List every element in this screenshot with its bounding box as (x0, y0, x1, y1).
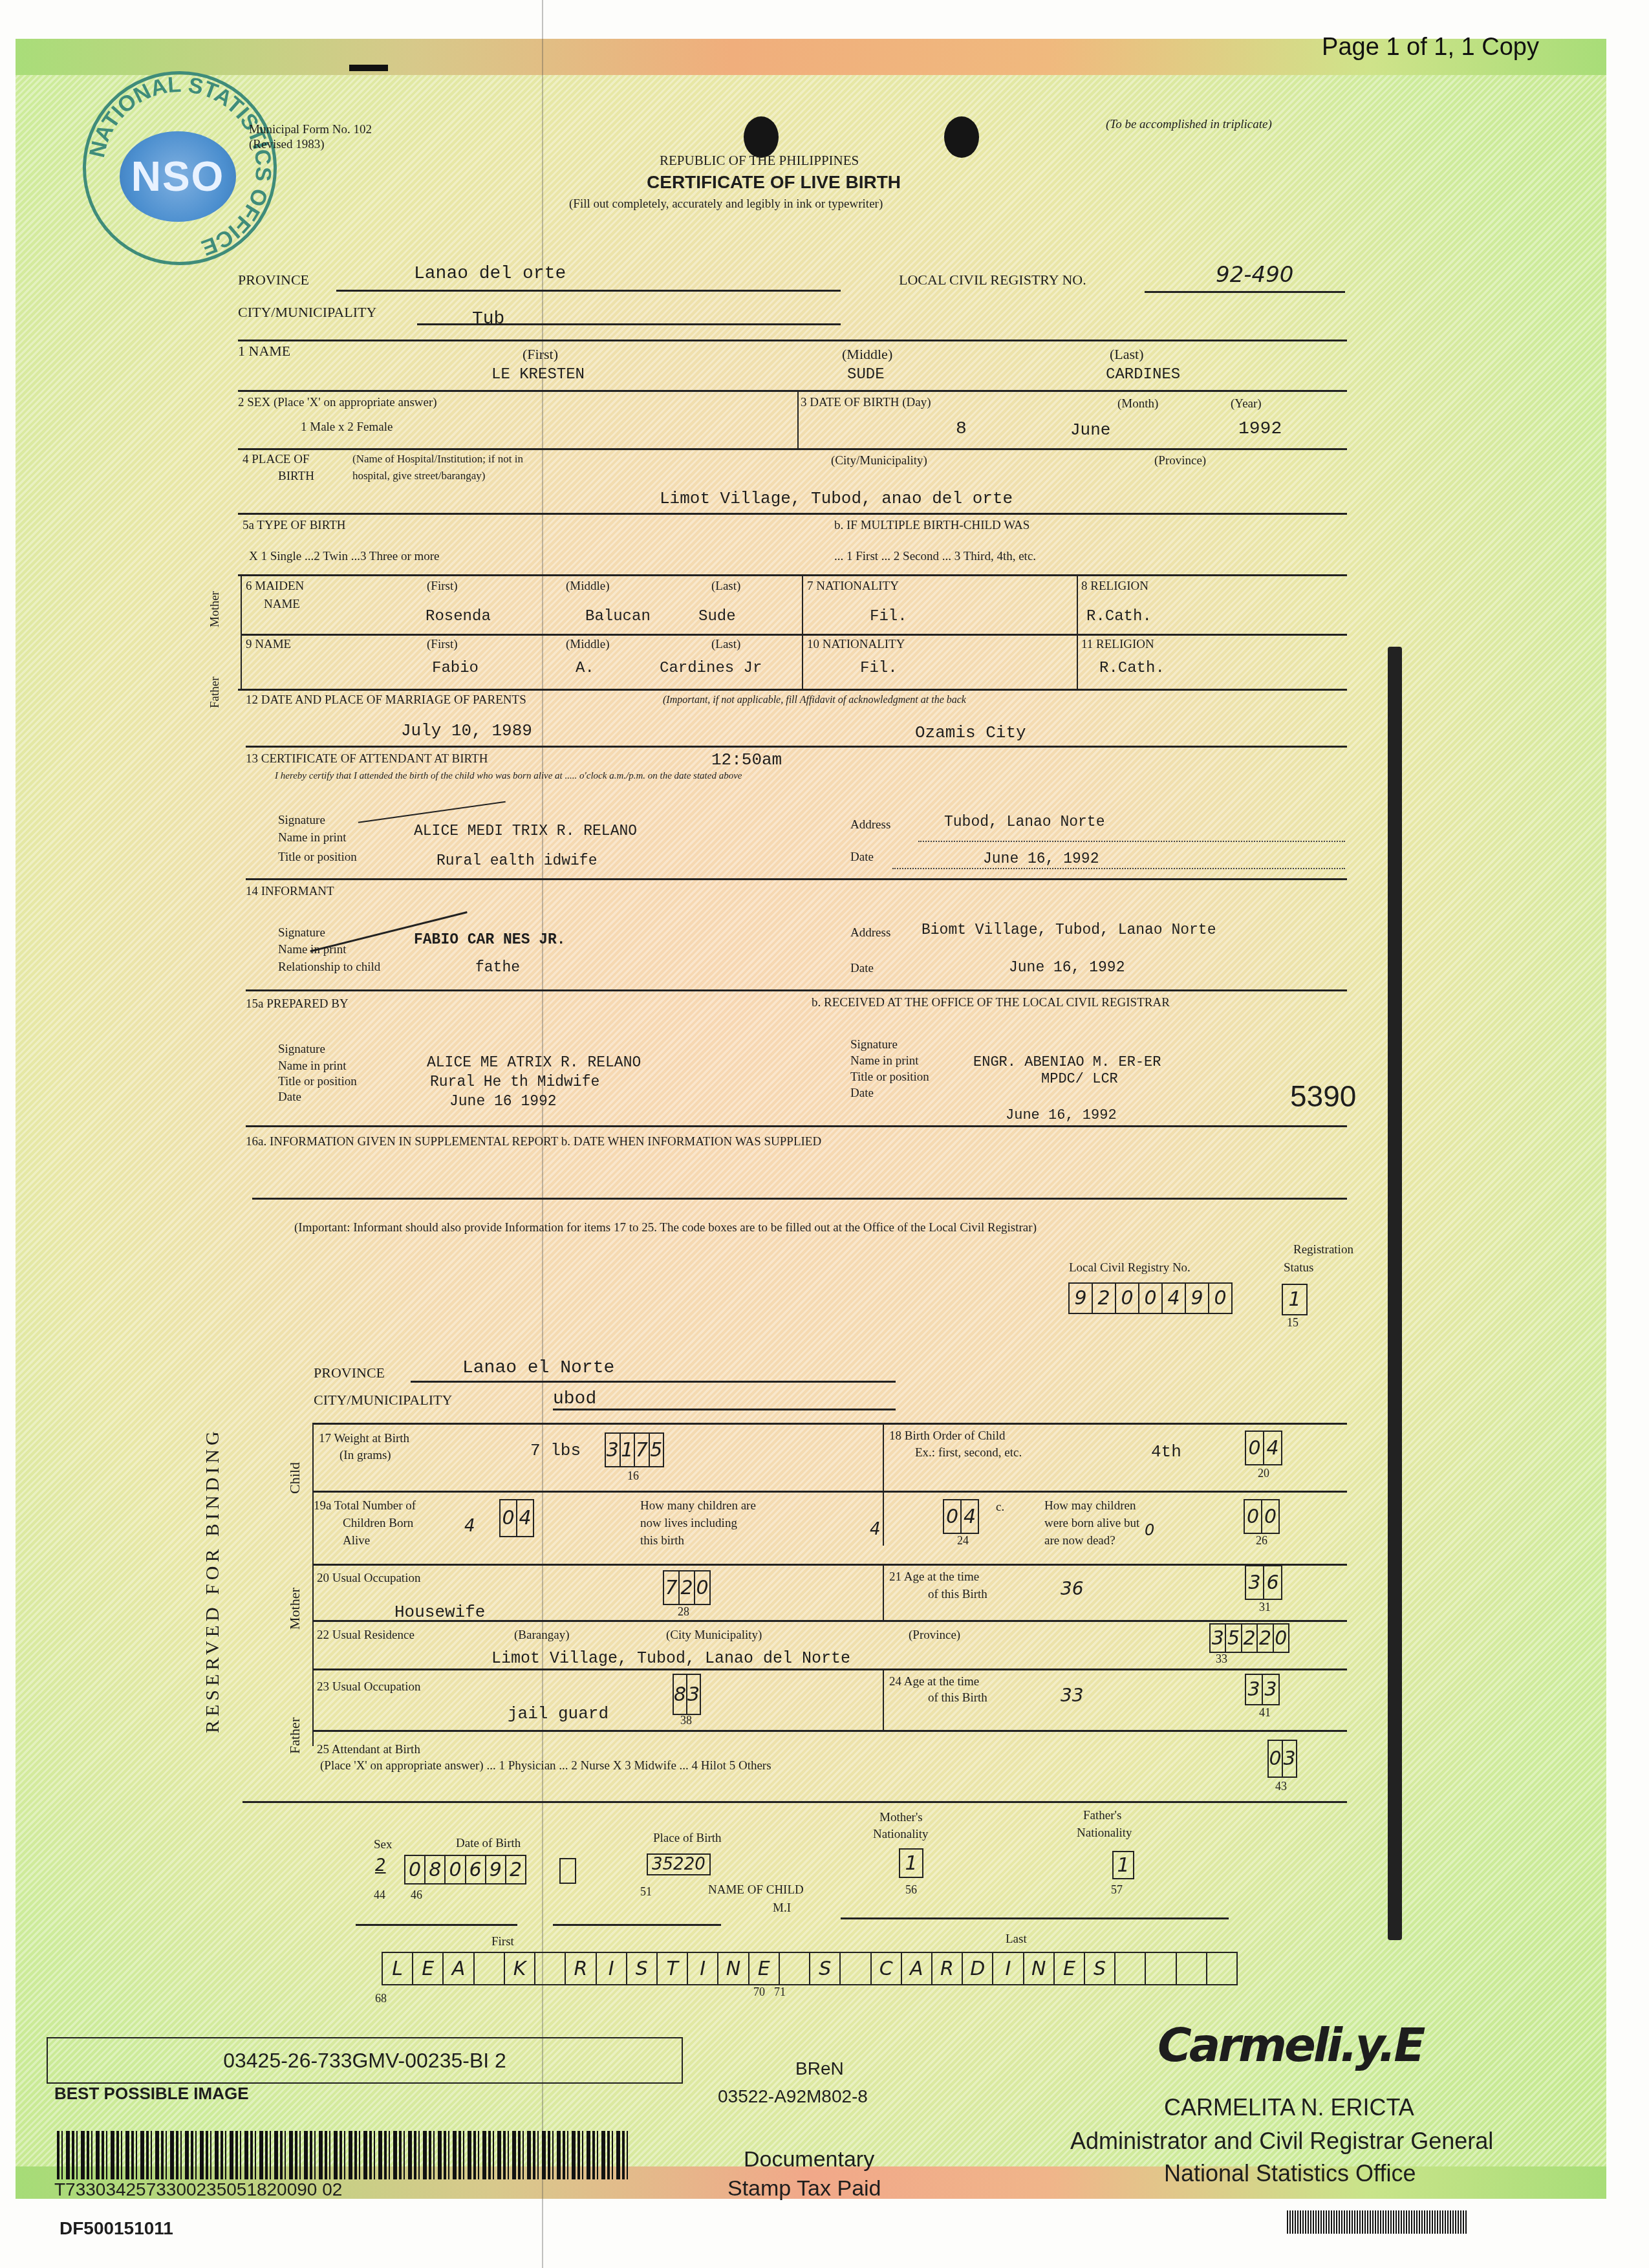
attendant-date-label: Date (850, 850, 874, 865)
summary-pob-value: 35220 (647, 1853, 711, 1875)
republic-label: REPUBLIC OF THE PHILIPPINES (660, 153, 859, 169)
name-label: 1 NAME (238, 343, 290, 360)
prepared-title: Rural He th Midwife (430, 1074, 599, 1090)
attendant-certify: I hereby certify that I attended the bir… (275, 771, 742, 782)
stats-city-value: ubod (553, 1389, 596, 1409)
attendant-label: 13 CERTIFICATE OF ATTENDANT AT BIRTH (246, 752, 488, 766)
prepared-name-label: Name in print (278, 1059, 347, 1074)
attendant-title: Rural ealth idwife (436, 852, 597, 869)
living-children-value: 4 (870, 1520, 881, 1539)
pob-label: 4 PLACE OF (242, 453, 309, 467)
form-revised: (Revised 1983) (249, 138, 325, 152)
maiden-name-label2: NAME (264, 598, 300, 612)
received-label: b. RECEIVED AT THE OFFICE OF THE LOCAL C… (812, 996, 1170, 1010)
marriage-date: July 10, 1989 (401, 721, 532, 740)
informant-label: 14 INFORMANT (246, 885, 334, 899)
informant-relationship: fathe (475, 959, 520, 976)
province-label: PROVINCE (238, 272, 309, 288)
dob-day: 8 (956, 419, 967, 439)
father-last-name: Cardines Jr (660, 660, 762, 677)
dob-month-label: (Month) (1117, 397, 1158, 411)
informant-sig-label: Signature (278, 926, 325, 940)
summary-dob-code-boxes: 080692 (404, 1855, 526, 1885)
type-of-birth-label: 5a TYPE OF BIRTH (242, 519, 346, 533)
received-name: ENGR. ABENIAO M. ER-ER (973, 1054, 1161, 1070)
serial-number-box: 03425-26-733GMV-00235-BI 2 (47, 2037, 683, 2084)
mother-side-label: Mother (208, 591, 222, 627)
pob-hint: (Name of Hospital/Institution; if not in (352, 453, 523, 466)
important-note: (Important: Informant should also provid… (294, 1221, 1037, 1235)
total-children-code-boxes: 04 (499, 1499, 534, 1537)
mother-age-label2: of this Birth (928, 1588, 987, 1602)
dob-month: June (1070, 420, 1110, 440)
weight-unit: (In grams) (339, 1449, 391, 1463)
mother-first-label: (First) (427, 579, 458, 594)
father-last-label: (Last) (711, 638, 740, 652)
triplicate-note: (To be accomplished in triplicate) (1106, 118, 1272, 132)
mother-nationality-label: 7 NATIONALITY (807, 579, 899, 594)
pob-hint2: hospital, give street/barangay) (352, 470, 485, 482)
sex-options: 1 Male x 2 Female (301, 420, 393, 435)
code-status-label: Status (1284, 1261, 1313, 1275)
stats-city-label: CITY/MUNICIPALITY (314, 1392, 452, 1409)
mother-middle-label: (Middle) (566, 579, 610, 594)
pob-value: Limot Village, Tubod, anao del orte (660, 489, 1013, 508)
father-name-label: 9 NAME (246, 638, 291, 652)
multiple-birth-label: b. IF MULTIPLE BIRTH-CHILD WAS (834, 519, 1029, 533)
signatory-office: National Statistics Office (1164, 2160, 1416, 2187)
signatory-title: Administrator and Civil Registrar Genera… (1070, 2128, 1493, 2155)
instructions: (Fill out completely, accurately and leg… (569, 197, 883, 211)
father-first-name: Fabio (432, 660, 479, 677)
attendant-name: ALICE MEDI TRIX R. RELANO (414, 823, 637, 839)
father-age-label: 24 Age at the time (889, 1675, 979, 1689)
birth-order-hint: Ex.: first, second, etc. (915, 1446, 1022, 1460)
child-last-name: CARDINES (1106, 366, 1180, 383)
mother-age-code-number: 31 (1259, 1601, 1271, 1614)
received-title-label: Title or position (850, 1070, 929, 1085)
summary-dob-no: 46 (411, 1888, 422, 1902)
informant-address-label: Address (850, 926, 890, 940)
father-middle-label: (Middle) (566, 638, 610, 652)
attendant-date: June 16, 1992 (983, 850, 1099, 867)
summary-sex-label: Sex (374, 1838, 393, 1852)
summary-sex-no: 44 (374, 1888, 385, 1902)
punch-hole-left (744, 116, 779, 158)
summary-sex-value: 2 (375, 1856, 386, 1875)
multiple-birth-options: ... 1 First ... 2 Second ... 3 Third, 4t… (834, 550, 1036, 564)
father-middle-name: A. (576, 660, 594, 677)
marriage-label: 12 DATE AND PLACE OF MARRIAGE OF PARENTS (246, 693, 526, 707)
total-children-label: 19a Total Number of (314, 1499, 416, 1513)
punch-hole-right (944, 116, 979, 158)
residence-value: Limot Village, Tubod, Lanao del Norte (491, 1649, 850, 1668)
stats-province-value: Lanao el Norte (462, 1358, 614, 1378)
attendant-sig-label: Signature (278, 814, 325, 828)
total-children-value: 4 (464, 1517, 475, 1536)
summary-father-nat-box: 1 (1112, 1851, 1134, 1879)
birth-time: 12:50am (711, 750, 782, 770)
signatory-name: CARMELITA N. ERICTA (1164, 2094, 1414, 2121)
child-middle-name: SUDE (847, 366, 885, 383)
father-age-label2: of this Birth (928, 1691, 987, 1705)
dead-children-code-number: 26 (1256, 1534, 1267, 1548)
received-date: June 16, 1992 (1006, 1107, 1117, 1123)
pob-province-label: (Province) (1154, 454, 1206, 468)
father-first-label: (First) (427, 638, 458, 652)
page-count: Page 1 of 1, 1 Copy (1322, 34, 1539, 61)
mother-occupation-label: 20 Usual Occupation (317, 1571, 420, 1586)
first-label: (First) (523, 346, 558, 363)
stamp-tax-line1: Documentary (744, 2147, 874, 2172)
child-name-code-boxes: LEAKRISTINESCARDINES (382, 1952, 1238, 1985)
dead-children-label2: were born alive but (1044, 1517, 1139, 1531)
prepared-date-label: Date (278, 1090, 301, 1105)
father-age-code-boxes: 33 (1245, 1674, 1280, 1705)
father-nat-label-1: Father's (1083, 1809, 1121, 1823)
page-title: CERTIFICATE OF LIVE BIRTH (647, 172, 901, 193)
informant-date-label: Date (850, 962, 874, 976)
pob-city-label: (City/Municipality) (831, 454, 927, 468)
city-label: CITY/MUNICIPALITY (238, 304, 376, 321)
father-occupation-code-number: 38 (680, 1714, 692, 1727)
attendant-name-label: Name in print (278, 831, 347, 845)
weight-code-number: 16 (627, 1469, 639, 1483)
father-occupation-label: 23 Usual Occupation (317, 1680, 420, 1694)
dead-c-label: c. (996, 1500, 1004, 1515)
dead-children-label: How may children (1044, 1499, 1136, 1513)
father-nat-label-2: Nationality (1077, 1826, 1132, 1841)
registration-label: Registration (1293, 1243, 1353, 1257)
attendant-birth-options: (Place 'X' on appropriate answer) ... 1 … (320, 1759, 771, 1773)
informant-name-label: Name in print (278, 943, 347, 957)
status-code-number: 15 (1287, 1316, 1299, 1330)
summary-mother-nat-box: 1 (899, 1848, 923, 1878)
attendant-code-number: 43 (1275, 1780, 1287, 1793)
dob-year-label: (Year) (1231, 397, 1262, 411)
summary-mi-label: M.I (773, 1901, 791, 1916)
mother-religion-label: 8 RELIGION (1081, 579, 1148, 594)
reserved-for-binding: RESERVED FOR BINDING (202, 1427, 224, 1733)
barcode (57, 2131, 629, 2179)
seal-center: NSO (120, 131, 236, 222)
father-religion-label: 11 RELIGION (1081, 638, 1154, 652)
mother-occupation-code-boxes: 720 (663, 1570, 711, 1605)
bren-label: BReN (795, 2058, 844, 2079)
informant-rel-label: Relationship to child (278, 960, 380, 975)
summary-first-label: First (491, 1935, 514, 1949)
maiden-name-label: 6 MAIDEN (246, 579, 304, 594)
mother-middle-name: Balucan (585, 608, 651, 625)
supplemental-label: 16a. INFORMATION GIVEN IN SUPPLEMENTAL R… (246, 1135, 821, 1149)
mother-age-label: 21 Age at the time (889, 1570, 979, 1584)
total-children-label2: Children Born (343, 1517, 413, 1531)
best-possible-image: BEST POSSIBLE IMAGE (54, 2084, 249, 2104)
prepared-name: ALICE ME ATRIX R. RELANO (427, 1054, 641, 1071)
middle-label: (Middle) (842, 346, 892, 363)
living-children-label: How many children are (640, 1499, 756, 1513)
summary-mother-nat-no: 56 (905, 1883, 917, 1897)
living-children-code-boxes: 04 (943, 1499, 979, 1534)
birth-order-label: 18 Birth Order of Child (889, 1429, 1005, 1443)
status-code-box: 1 (1282, 1284, 1308, 1315)
code-lcr-label: Local Civil Registry No. (1069, 1261, 1191, 1275)
residence-province-label: (Province) (909, 1628, 960, 1643)
birth-order-code-boxes: 04 (1245, 1431, 1282, 1465)
stats-province-label: PROVINCE (314, 1365, 385, 1381)
residence-code-number: 33 (1216, 1652, 1227, 1666)
birth-order-value: 4th (1151, 1442, 1181, 1462)
marriage-place: Ozamis City (915, 723, 1026, 742)
pob-label2: BIRTH (278, 470, 314, 484)
dead-children-label3: are now dead? (1044, 1534, 1115, 1548)
father-nationality: Fil. (860, 660, 898, 677)
document-code: DF500151011 (59, 2218, 173, 2239)
received-date-label: Date (850, 1086, 874, 1101)
residence-code-boxes: 35220 (1209, 1623, 1289, 1653)
form-number: Municipal Form No. 102 (249, 123, 372, 137)
city-value: Tub (472, 309, 504, 329)
lcr-value: 92-490 (1216, 262, 1293, 288)
nso-seal: NATIONAL STATISTICS OFFICE NSO (83, 71, 277, 265)
mother-religion: R.Cath. (1086, 608, 1152, 625)
lcr-code-boxes: 9200490 (1068, 1282, 1233, 1314)
weight-label: 17 Weight at Birth (319, 1432, 409, 1446)
received-sig-label: Signature (850, 1038, 898, 1052)
summary-name-label: NAME OF CHILD (708, 1883, 804, 1897)
father-occupation-value: jail guard (508, 1704, 609, 1723)
mother-occupation-code-number: 28 (678, 1605, 689, 1619)
father-age-code-number: 41 (1259, 1706, 1271, 1720)
informant-address: Biomt Village, Tubod, Lanao Norte (921, 922, 1216, 938)
father-religion: R.Cath. (1099, 660, 1165, 677)
summary-first-no: 68 (375, 1992, 387, 2005)
dead-children-code-boxes: 00 (1244, 1499, 1280, 1534)
received-name-label: Name in print (850, 1054, 919, 1068)
living-children-label2: now lives including (640, 1517, 737, 1531)
birth-order-code-number: 20 (1258, 1467, 1269, 1480)
lcr-label: LOCAL CIVIL REGISTRY NO. (899, 272, 1086, 288)
stats-father-side-label: Father (286, 1718, 303, 1754)
child-first-name: LE KRESTEN (491, 366, 585, 383)
attendant-code-boxes: 03 (1267, 1740, 1297, 1778)
child-side-label: Child (286, 1462, 303, 1494)
marriage-hint: (Important, if not applicable, fill Affi… (663, 695, 966, 706)
registrar-signature: Carmeli.y.E (1158, 2018, 1423, 2072)
informant-name: FABIO CAR NES JR. (414, 931, 566, 948)
stats-mother-side-label: Mother (286, 1588, 303, 1630)
type-of-birth-options: X 1 Single ...2 Twin ...3 Three or more (249, 550, 440, 564)
mother-first-name: Rosenda (426, 608, 491, 625)
residence-city-label: (City Municipality) (666, 1628, 762, 1643)
residence-label: 22 Usual Residence (317, 1628, 415, 1643)
mother-nat-label-1: Mother's (879, 1811, 923, 1825)
summary-father-nat-no: 57 (1111, 1883, 1123, 1897)
attendant-birth-label: 25 Attendant at Birth (317, 1743, 420, 1757)
mother-occupation-value: Housewife (394, 1603, 485, 1622)
stamp-tax-line2: Stamp Tax Paid (727, 2176, 881, 2201)
mother-nat-label-2: Nationality (873, 1828, 928, 1842)
bren-value: 03522-A92M802-8 (718, 2086, 868, 2107)
mother-age-code-boxes: 36 (1245, 1565, 1282, 1600)
weight-code-boxes: 3175 (605, 1432, 664, 1467)
summary-mi-no2: 71 (774, 1985, 786, 1999)
informant-date: June 16, 1992 (1009, 959, 1125, 976)
barcode-text: T7330342573300235051820090 02 (54, 2179, 342, 2200)
binding-edge-bar (1388, 647, 1402, 1940)
last-label: (Last) (1110, 346, 1144, 363)
prepared-date: June 16 1992 (449, 1093, 557, 1110)
mother-last-name: Sude (698, 608, 736, 625)
corner-mark (349, 65, 388, 78)
sex-label: 2 SEX (Place 'X' on appropriate answer) (238, 396, 437, 410)
living-children-label3: this birth (640, 1534, 684, 1548)
prepared-label: 15a PREPARED BY (246, 997, 349, 1011)
attendant-title-label: Title or position (278, 850, 357, 865)
summary-pob-label: Place of Birth (653, 1831, 722, 1846)
residence-barangay-label: (Barangay) (514, 1628, 569, 1643)
dob-year: 1992 (1238, 419, 1282, 439)
prepared-sig-label: Signature (278, 1042, 325, 1057)
summary-blank-box (559, 1858, 576, 1884)
mother-last-label: (Last) (711, 579, 740, 594)
attendant-address-label: Address (850, 818, 890, 832)
province-value: Lanao del orte (414, 264, 566, 284)
father-nationality-label: 10 NATIONALITY (807, 638, 905, 652)
certificate-paper (16, 39, 1606, 2199)
summary-last-label: Last (1006, 1932, 1027, 1947)
attendant-address: Tubod, Lanao Norte (944, 814, 1105, 830)
summary-dob-label: Date of Birth (456, 1837, 521, 1851)
dob-label: 3 DATE OF BIRTH (Day) (801, 396, 931, 410)
summary-pob-no: 51 (640, 1885, 652, 1899)
father-age-value: 33 (1061, 1685, 1084, 1706)
father-side-label: Father (208, 676, 222, 708)
living-children-code-number: 24 (957, 1534, 969, 1548)
received-stamp-number: 5390 (1290, 1079, 1356, 1114)
dead-children-value: 0 (1145, 1521, 1154, 1539)
summary-mi-no1: 70 (753, 1985, 765, 1999)
mother-age-value: 36 (1061, 1578, 1084, 1599)
total-children-label3: Alive (343, 1534, 370, 1548)
father-occupation-code-boxes: 83 (673, 1674, 701, 1715)
received-title: MPDC/ LCR (1041, 1071, 1118, 1087)
weight-value: 7 lbs (530, 1441, 581, 1460)
prepared-title-label: Title or position (278, 1075, 357, 1089)
mother-nationality: Fil. (870, 608, 907, 625)
small-barcode (1287, 2210, 1468, 2234)
